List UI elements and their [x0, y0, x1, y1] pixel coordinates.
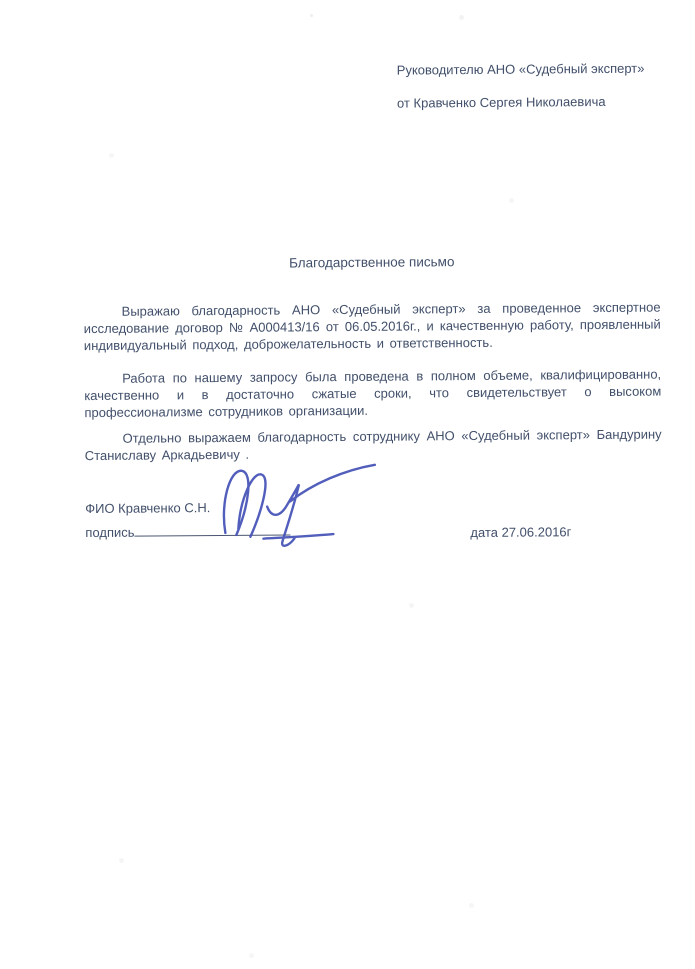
handwritten-signature	[193, 450, 406, 560]
signature-label: подпись	[85, 525, 134, 540]
signature-underline	[134, 521, 290, 536]
letter-content: Руководителю АНО «Судебный эксперт» от К…	[0, 0, 695, 969]
paragraph-gratitude: Выражаю благодарность АНО «Судебный эксп…	[84, 299, 661, 355]
sender-line: от Кравченко Сергея Николаевича	[397, 93, 645, 112]
signature-caption-line: подпись	[85, 521, 290, 540]
scanned-letter-page: Руководителю АНО «Судебный эксперт» от К…	[0, 0, 695, 969]
paragraph-employee-thanks: Отдельно выражаем благодарность сотрудни…	[85, 426, 662, 465]
letter-header: Руководителю АНО «Судебный эксперт» от К…	[397, 60, 645, 128]
date-line: дата 27.06.2016г	[470, 524, 571, 540]
paragraph-work-quality: Работа по нашему запросу была проведена …	[84, 366, 661, 422]
letter-title: Благодарственное письмо	[83, 253, 660, 273]
recipient-line: Руководителю АНО «Судебный эксперт»	[397, 60, 645, 79]
signer-name-line: ФИО Кравченко С.Н.	[85, 500, 210, 516]
